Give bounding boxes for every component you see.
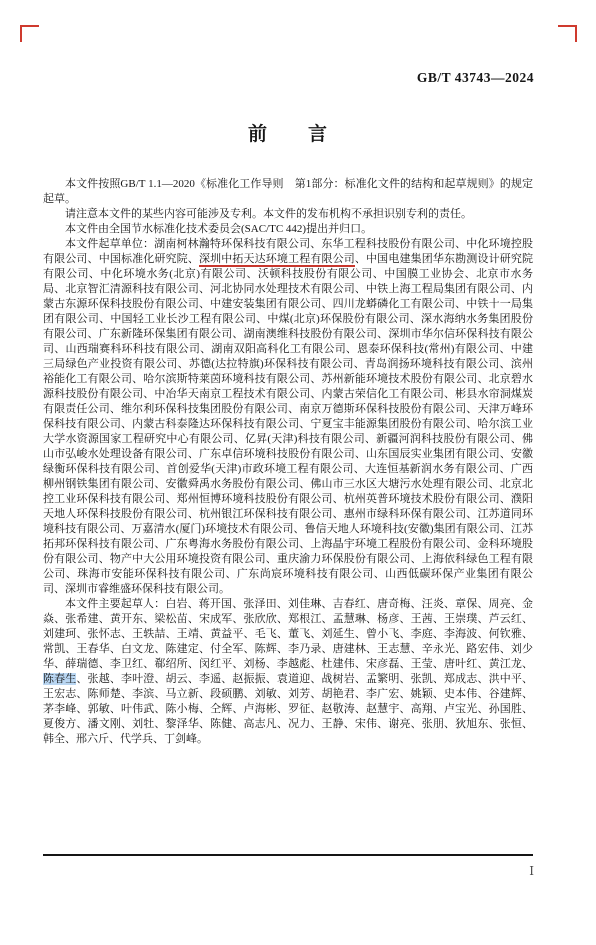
drafters-text-before: 本文件主要起草人：白岩、蒋开国、张泽田、刘佳琳、吉春红、唐奇梅、汪炎、章保、周亮… — [43, 598, 533, 670]
drafters-text-after: 、张越、李叶澄、胡云、李遥、赵振振、袁道迎、战树岩、孟繁明、张凯、郑成志、洪中平… — [43, 673, 533, 745]
foreword-page: GB/T 43743—2024 前 言 本文件按照GB/T 1.1—2020《标… — [0, 0, 596, 945]
foreword-title: 前 言 — [43, 119, 533, 146]
page-number: Ⅰ — [529, 864, 534, 879]
paragraph-main-drafters: 本文件主要起草人：白岩、蒋开国、张泽田、刘佳琳、吉春红、唐奇梅、汪炎、章保、周亮… — [43, 597, 533, 747]
paragraph-committee: 本文件由全国节水标准化技术委员会(SAC/TC 442)提出并归口。 — [43, 222, 533, 237]
footer-divider — [43, 854, 533, 856]
paragraph-drafting-basis: 本文件按照GB/T 1.1—2020《标准化工作导则 第1部分：标准化文件的结构… — [43, 177, 533, 207]
red-underlined-company: 深圳中拓天达环境工程有限公司 — [199, 253, 355, 267]
highlighted-drafter-name: 陈春生 — [43, 673, 76, 685]
crop-mark-top-left-icon — [20, 25, 39, 42]
paragraph-drafting-organizations: 本文件起草单位：湖南柯林瀚特环保科技有限公司、东华工程科技股份有限公司、中化环境… — [43, 237, 533, 597]
drafting-orgs-text-after: 、中国电建集团华东勘测设计研究院有限公司、中化环境水务(北京)有限公司、沃顿科技… — [43, 253, 533, 595]
standard-number: GB/T 43743—2024 — [417, 70, 534, 86]
paragraph-patent-notice: 请注意本文件的某些内容可能涉及专利。本文件的发布机构不承担识别专利的责任。 — [43, 207, 533, 222]
crop-mark-top-right-icon — [558, 25, 577, 42]
foreword-body: 本文件按照GB/T 1.1—2020《标准化工作导则 第1部分：标准化文件的结构… — [43, 177, 533, 747]
